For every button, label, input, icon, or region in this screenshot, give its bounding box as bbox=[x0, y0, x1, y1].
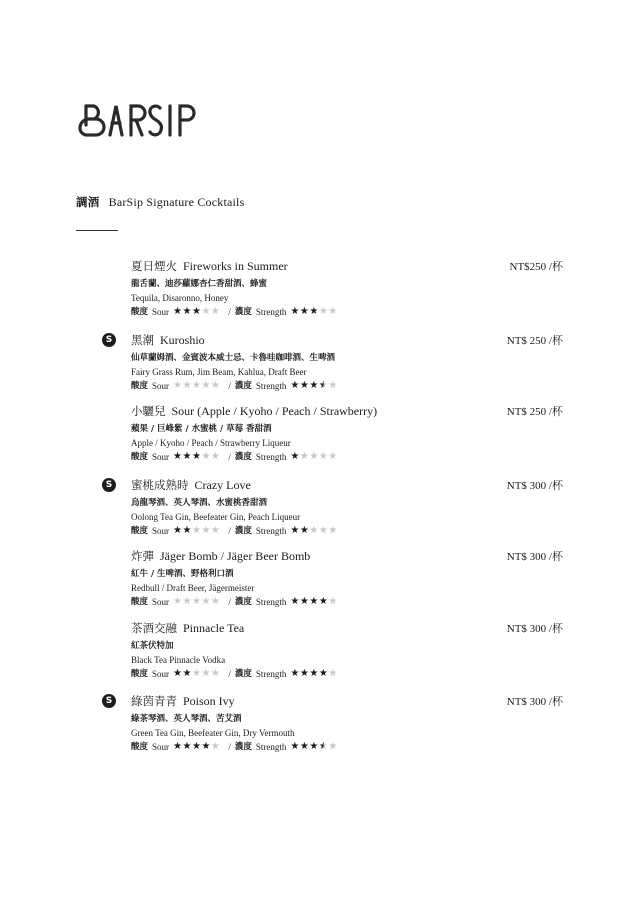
sour-star-icon: ★ bbox=[192, 450, 201, 464]
strength-label-en: Strength bbox=[256, 450, 287, 464]
strength-star-icon: ★ bbox=[300, 305, 309, 319]
strength-label-en: Strength bbox=[256, 379, 287, 393]
sour-label-en: Sour bbox=[152, 305, 169, 319]
strength-star-icon: ★ bbox=[328, 450, 337, 464]
strength-star-icon: ★ bbox=[319, 305, 328, 319]
strength-star-icon: ★ bbox=[290, 595, 299, 609]
sour-star-icon: ★ bbox=[201, 740, 210, 754]
cocktail-price: NT$250 /杯 bbox=[510, 258, 563, 274]
sour-star-icon: ★ bbox=[173, 595, 182, 609]
sour-star-icon: ★ bbox=[173, 667, 182, 681]
strength-label-en: Strength bbox=[256, 595, 287, 609]
cocktail-name-zh: 黑潮 bbox=[131, 333, 154, 347]
sour-rating: ★★★★★ bbox=[173, 667, 220, 681]
sour-star-icon: ★ bbox=[201, 305, 210, 319]
ingredients-en: Redbull / Draft Beer, Jägermeister bbox=[131, 581, 571, 595]
strength-star-icon: ★ bbox=[290, 740, 299, 754]
sour-star-icon: ★ bbox=[173, 450, 182, 464]
rating-row: 酸度Sour★★★★★/濃度Strength★★★★★ bbox=[131, 379, 571, 393]
sour-rating: ★★★★★ bbox=[173, 740, 220, 754]
ingredients-en: Apple / Kyoho / Peach / Strawberry Lique… bbox=[131, 436, 571, 450]
rating-separator: / bbox=[228, 595, 231, 609]
strength-star-icon: ★ bbox=[300, 450, 309, 464]
cocktail-name: 蜜桃成熟時Crazy Love bbox=[131, 477, 571, 493]
strength-label-zh: 濃度 bbox=[235, 305, 252, 319]
section-title: 調酒 BarSip Signature Cocktails bbox=[76, 194, 244, 210]
signature-badge-icon: S bbox=[102, 478, 116, 492]
sour-star-icon: ★ bbox=[192, 667, 201, 681]
rating-row: 酸度Sour★★★★★/濃度Strength★★★★★ bbox=[131, 450, 571, 464]
sour-label-zh: 酸度 bbox=[131, 450, 148, 464]
strength-star-icon: ★ bbox=[300, 379, 309, 393]
cocktail-name-zh: 小驪兒 bbox=[131, 404, 166, 418]
signature-badge-icon: S bbox=[102, 694, 116, 708]
cocktail-name: 茶酒交融Pinnacle Tea bbox=[131, 620, 571, 636]
cocktail-price: NT$ 250 /杯 bbox=[507, 332, 563, 348]
strength-star-icon: ★ bbox=[328, 667, 337, 681]
cocktail-name-en: Sour (Apple / Kyoho / Peach / Strawberry… bbox=[172, 404, 378, 418]
sour-label-zh: 酸度 bbox=[131, 595, 148, 609]
sour-star-icon: ★ bbox=[192, 305, 201, 319]
sour-star-icon: ★ bbox=[183, 305, 192, 319]
sour-label-en: Sour bbox=[152, 524, 169, 538]
rating-separator: / bbox=[228, 305, 231, 319]
sour-star-icon: ★ bbox=[183, 450, 192, 464]
sour-star-icon: ★ bbox=[183, 740, 192, 754]
sour-star-icon: ★ bbox=[201, 450, 210, 464]
cocktail-price: NT$ 300 /杯 bbox=[507, 620, 563, 636]
cocktail-name-en: Poison Ivy bbox=[183, 694, 235, 708]
ingredients-en: Black Tea Pinnacle Vodka bbox=[131, 653, 571, 667]
strength-star-icon: ★ bbox=[328, 740, 337, 754]
strength-rating: ★★★★★ bbox=[290, 450, 337, 464]
cocktail-name: 黑潮Kuroshio bbox=[131, 332, 571, 348]
strength-star-icon: ★ bbox=[290, 305, 299, 319]
strength-star-icon: ★ bbox=[309, 740, 318, 754]
ingredients-zh: 紅茶伏特加 bbox=[131, 639, 571, 653]
rating-separator: / bbox=[228, 667, 231, 681]
sour-star-icon: ★ bbox=[192, 524, 201, 538]
strength-label-zh: 濃度 bbox=[235, 379, 252, 393]
strength-star-icon: ★ bbox=[309, 305, 318, 319]
cocktail-item: 夏日煙火Fireworks in SummerNT$250 /杯龍舌蘭、迪莎蘿娜… bbox=[131, 258, 571, 319]
sour-label-zh: 酸度 bbox=[131, 667, 148, 681]
strength-star-icon: ★ bbox=[300, 595, 309, 609]
strength-star-icon: ★ bbox=[319, 740, 328, 754]
strength-label-zh: 濃度 bbox=[235, 595, 252, 609]
sour-star-icon: ★ bbox=[192, 595, 201, 609]
cocktail-name-zh: 夏日煙火 bbox=[131, 259, 177, 273]
strength-star-icon: ★ bbox=[319, 450, 328, 464]
sour-rating: ★★★★★ bbox=[173, 524, 220, 538]
rating-row: 酸度Sour★★★★★/濃度Strength★★★★★ bbox=[131, 524, 571, 538]
cocktail-name: 夏日煙火Fireworks in Summer bbox=[131, 258, 571, 274]
strength-star-icon: ★ bbox=[290, 524, 299, 538]
strength-star-icon: ★ bbox=[290, 379, 299, 393]
strength-star-icon: ★ bbox=[309, 667, 318, 681]
sour-star-icon: ★ bbox=[192, 379, 201, 393]
sour-star-icon: ★ bbox=[192, 740, 201, 754]
ingredients-zh: 綠茶琴酒、英人琴酒、苦艾酒 bbox=[131, 712, 571, 726]
sour-star-icon: ★ bbox=[173, 379, 182, 393]
sour-star-icon: ★ bbox=[211, 667, 220, 681]
strength-label-zh: 濃度 bbox=[235, 667, 252, 681]
cocktail-name-zh: 綠茵青青 bbox=[131, 694, 177, 708]
strength-star-icon: ★ bbox=[300, 740, 309, 754]
sour-star-icon: ★ bbox=[173, 305, 182, 319]
rating-separator: / bbox=[228, 379, 231, 393]
strength-star-icon: ★ bbox=[309, 595, 318, 609]
rating-separator: / bbox=[228, 524, 231, 538]
strength-star-icon: ★ bbox=[328, 305, 337, 319]
strength-star-icon: ★ bbox=[319, 595, 328, 609]
sour-label-zh: 酸度 bbox=[131, 379, 148, 393]
sour-label-zh: 酸度 bbox=[131, 740, 148, 754]
cocktail-name-en: Jäger Bomb / Jäger Beer Bomb bbox=[160, 549, 310, 563]
cocktail-item: 炸彈Jäger Bomb / Jäger Beer BombNT$ 300 /杯… bbox=[131, 548, 571, 609]
sour-star-icon: ★ bbox=[201, 595, 210, 609]
sour-star-icon: ★ bbox=[201, 524, 210, 538]
sour-star-icon: ★ bbox=[211, 740, 220, 754]
rating-separator: / bbox=[228, 740, 231, 754]
sour-star-icon: ★ bbox=[211, 450, 220, 464]
strength-rating: ★★★★★ bbox=[290, 595, 337, 609]
sour-label-zh: 酸度 bbox=[131, 305, 148, 319]
cocktail-item: S綠茵青青Poison IvyNT$ 300 /杯綠茶琴酒、英人琴酒、苦艾酒Gr… bbox=[131, 693, 571, 754]
logo-mark-icon bbox=[76, 101, 200, 139]
strength-star-icon: ★ bbox=[319, 667, 328, 681]
cocktail-item: S黑潮KuroshioNT$ 250 /杯仙草蘭姆酒、金賓波本威士忌、卡魯哇咖啡… bbox=[131, 332, 571, 393]
sour-star-icon: ★ bbox=[183, 667, 192, 681]
strength-rating: ★★★★★ bbox=[290, 305, 337, 319]
rating-row: 酸度Sour★★★★★/濃度Strength★★★★★ bbox=[131, 595, 571, 609]
sour-rating: ★★★★★ bbox=[173, 379, 220, 393]
strength-label-en: Strength bbox=[256, 667, 287, 681]
sour-star-icon: ★ bbox=[173, 740, 182, 754]
sour-label-en: Sour bbox=[152, 595, 169, 609]
cocktail-item: 小驪兒Sour (Apple / Kyoho / Peach / Strawbe… bbox=[131, 403, 571, 464]
cocktail-name: 炸彈Jäger Bomb / Jäger Beer Bomb bbox=[131, 548, 571, 564]
strength-star-icon: ★ bbox=[319, 379, 328, 393]
sour-star-icon: ★ bbox=[183, 524, 192, 538]
cocktail-name-zh: 蜜桃成熟時 bbox=[131, 478, 189, 492]
sour-star-icon: ★ bbox=[201, 379, 210, 393]
strength-star-icon: ★ bbox=[309, 450, 318, 464]
cocktail-name-zh: 茶酒交融 bbox=[131, 621, 177, 635]
sour-rating: ★★★★★ bbox=[173, 595, 220, 609]
strength-star-icon: ★ bbox=[300, 667, 309, 681]
section-divider bbox=[76, 230, 118, 231]
sour-star-icon: ★ bbox=[211, 595, 220, 609]
strength-star-icon: ★ bbox=[290, 450, 299, 464]
ingredients-en: Fairy Grass Rum, Jim Beam, Kahlua, Draft… bbox=[131, 365, 571, 379]
ingredients-en: Tequila, Disaronno, Honey bbox=[131, 291, 571, 305]
signature-badge-icon: S bbox=[102, 333, 116, 347]
strength-rating: ★★★★★ bbox=[290, 379, 337, 393]
section-title-zh: 調酒 bbox=[76, 195, 99, 209]
ingredients-zh: 仙草蘭姆酒、金賓波本威士忌、卡魯哇咖啡酒、生啤酒 bbox=[131, 351, 571, 365]
strength-star-icon: ★ bbox=[319, 524, 328, 538]
strength-star-icon: ★ bbox=[309, 379, 318, 393]
sour-star-icon: ★ bbox=[201, 667, 210, 681]
cocktail-name-en: Pinnacle Tea bbox=[183, 621, 244, 635]
cocktail-name-zh: 炸彈 bbox=[131, 549, 154, 563]
sour-label-en: Sour bbox=[152, 450, 169, 464]
sour-star-icon: ★ bbox=[183, 379, 192, 393]
cocktail-name-en: Kuroshio bbox=[160, 333, 205, 347]
strength-label-en: Strength bbox=[256, 740, 287, 754]
cocktail-name-en: Crazy Love bbox=[195, 478, 251, 492]
sour-star-icon: ★ bbox=[183, 595, 192, 609]
rating-separator: / bbox=[228, 450, 231, 464]
strength-rating: ★★★★★ bbox=[290, 667, 337, 681]
sour-rating: ★★★★★ bbox=[173, 305, 220, 319]
strength-star-icon: ★ bbox=[328, 379, 337, 393]
rating-row: 酸度Sour★★★★★/濃度Strength★★★★★ bbox=[131, 305, 571, 319]
ingredients-zh: 蘋果 / 巨峰紫 / 水蜜桃 / 草莓 香甜酒 bbox=[131, 422, 571, 436]
cocktail-price: NT$ 300 /杯 bbox=[507, 693, 563, 709]
strength-label-en: Strength bbox=[256, 524, 287, 538]
sour-star-icon: ★ bbox=[211, 379, 220, 393]
cocktail-price: NT$ 300 /杯 bbox=[507, 477, 563, 493]
strength-label-en: Strength bbox=[256, 305, 287, 319]
sour-label-zh: 酸度 bbox=[131, 524, 148, 538]
sour-star-icon: ★ bbox=[211, 305, 220, 319]
sour-label-en: Sour bbox=[152, 379, 169, 393]
ingredients-zh: 烏龍琴酒、英人琴酒、水蜜桃香甜酒 bbox=[131, 496, 571, 510]
strength-star-icon: ★ bbox=[328, 595, 337, 609]
rating-row: 酸度Sour★★★★★/濃度Strength★★★★★ bbox=[131, 740, 571, 754]
cocktail-price: NT$ 300 /杯 bbox=[507, 548, 563, 564]
strength-star-icon: ★ bbox=[300, 524, 309, 538]
ingredients-zh: 紅牛 / 生啤酒、野格利口酒 bbox=[131, 567, 571, 581]
strength-rating: ★★★★★ bbox=[290, 524, 337, 538]
barsip-logo bbox=[76, 100, 200, 140]
strength-rating: ★★★★★ bbox=[290, 740, 337, 754]
ingredients-en: Oolong Tea Gin, Beefeater Gin, Peach Liq… bbox=[131, 510, 571, 524]
cocktail-price: NT$ 250 /杯 bbox=[507, 403, 563, 419]
strength-star-icon: ★ bbox=[290, 667, 299, 681]
ingredients-zh: 龍舌蘭、迪莎蘿娜杏仁香甜酒、蜂蜜 bbox=[131, 277, 571, 291]
section-title-en: BarSip Signature Cocktails bbox=[109, 195, 245, 209]
cocktail-name-en: Fireworks in Summer bbox=[183, 259, 288, 273]
sour-rating: ★★★★★ bbox=[173, 450, 220, 464]
strength-label-zh: 濃度 bbox=[235, 524, 252, 538]
sour-label-en: Sour bbox=[152, 740, 169, 754]
sour-star-icon: ★ bbox=[211, 524, 220, 538]
rating-row: 酸度Sour★★★★★/濃度Strength★★★★★ bbox=[131, 667, 571, 681]
sour-label-en: Sour bbox=[152, 667, 169, 681]
cocktail-name: 小驪兒Sour (Apple / Kyoho / Peach / Strawbe… bbox=[131, 403, 571, 419]
sour-star-icon: ★ bbox=[173, 524, 182, 538]
strength-label-zh: 濃度 bbox=[235, 450, 252, 464]
cocktail-item: 茶酒交融Pinnacle TeaNT$ 300 /杯紅茶伏特加Black Tea… bbox=[131, 620, 571, 681]
strength-star-icon: ★ bbox=[309, 524, 318, 538]
strength-star-icon: ★ bbox=[328, 524, 337, 538]
cocktail-name: 綠茵青青Poison Ivy bbox=[131, 693, 571, 709]
ingredients-en: Green Tea Gin, Beefeater Gin, Dry Vermou… bbox=[131, 726, 571, 740]
strength-label-zh: 濃度 bbox=[235, 740, 252, 754]
cocktail-item: S蜜桃成熟時Crazy LoveNT$ 300 /杯烏龍琴酒、英人琴酒、水蜜桃香… bbox=[131, 477, 571, 538]
